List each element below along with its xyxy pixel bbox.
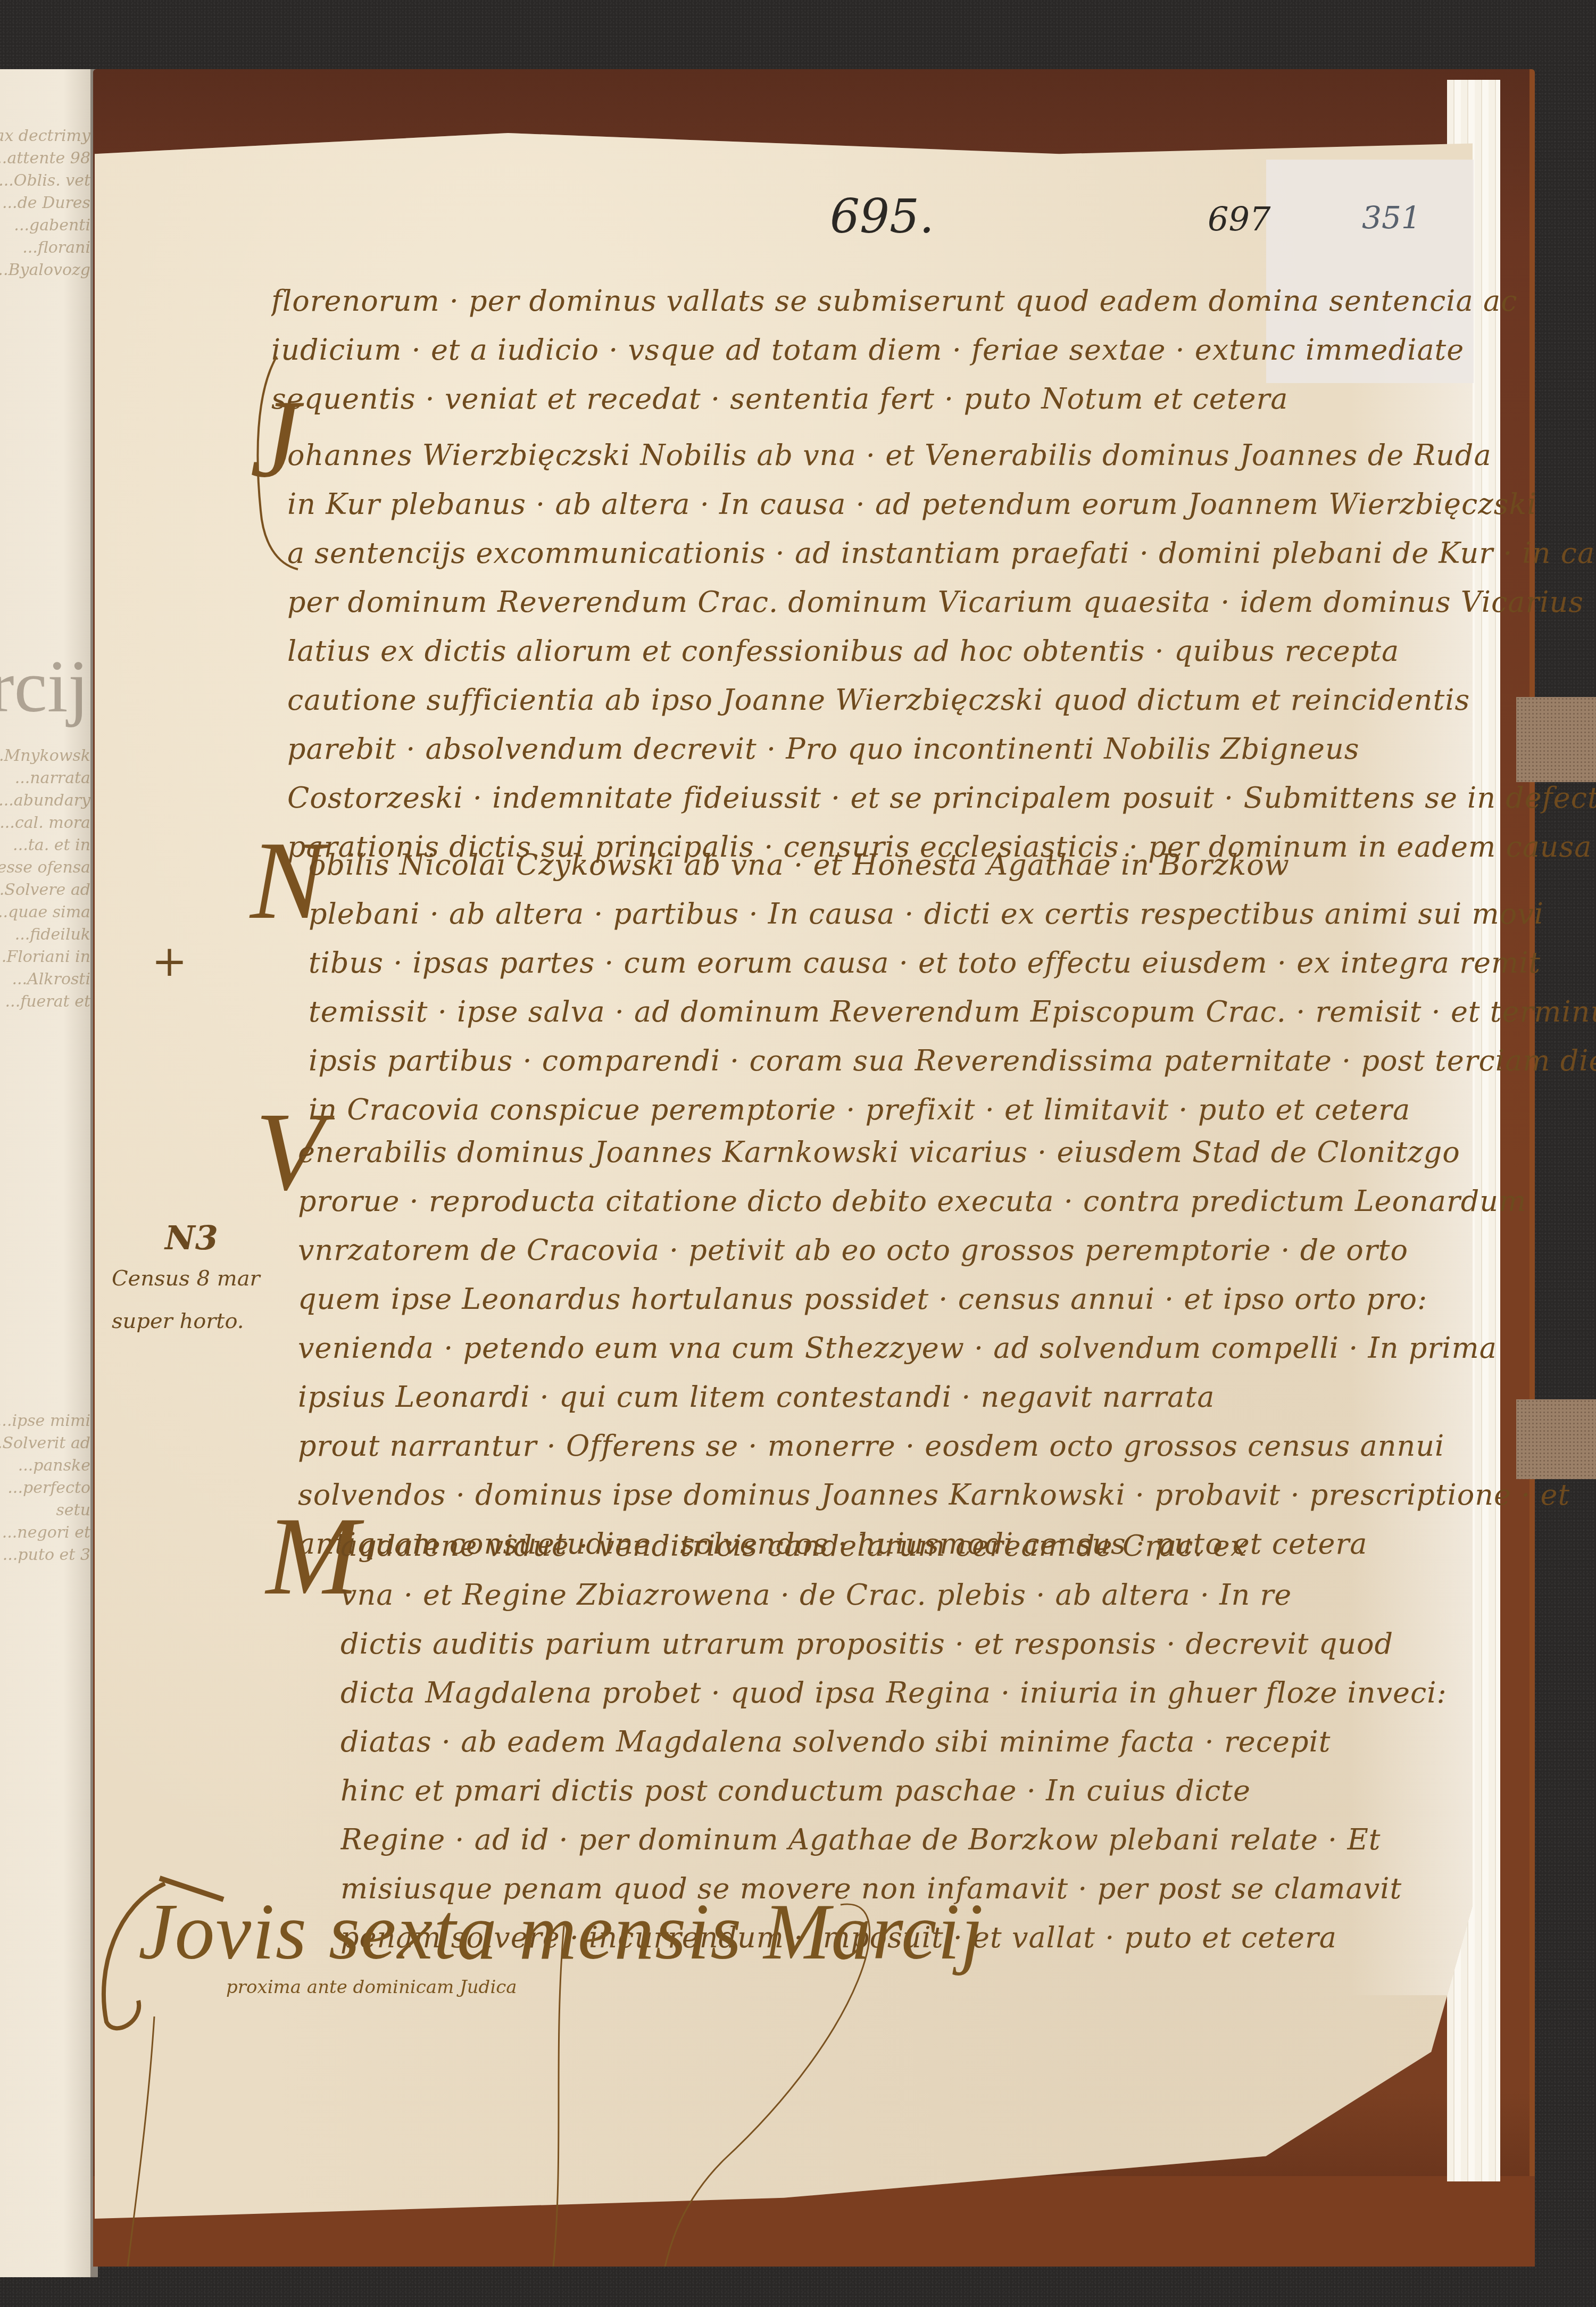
text-line: latius ex dictis aliorum et confessionib…: [287, 627, 1596, 676]
folio-number-secondary: 697: [1208, 200, 1270, 238]
text-line: Costorzeski · indemnitate fideiussit · e…: [287, 774, 1596, 823]
text-line: ipsis partibus · comparendi · coram sua …: [309, 1036, 1596, 1085]
entry-continuation: florenorum · per dominus vallats se subm…: [271, 277, 1517, 424]
text-line: diatas · ab eadem Magdalena solvendo sib…: [340, 1717, 1447, 1766]
section-subheading: proxima ante dominicam Judica: [226, 1977, 517, 1998]
margin-cross-mark: +: [152, 936, 187, 986]
text-line: cautione sufficientia ab ipso Joanne Wie…: [287, 676, 1596, 725]
text-line: ohannes Wierzbięczski Nobilis ab vna · e…: [287, 431, 1596, 480]
text-line: in Kur plebanus · ab altera · In causa ·…: [287, 480, 1596, 529]
text-line: hinc et pmari dictis post conductum pasc…: [340, 1766, 1447, 1815]
entry-nobilis: obilis Nicolai Czykowski ab vna · et Hon…: [309, 841, 1596, 1134]
facing-page-edge: ...ax dectrimy ...attente 98 ...Oblis. v…: [0, 69, 98, 2277]
facing-page-ghost-text-mid: ...Mnykowsk ...narrata ...abundary ...ca…: [0, 745, 90, 1013]
facing-page-ghost-text-top: ...ax dectrimy ...attente 98 ...Oblis. v…: [0, 125, 90, 281]
text-line: in Cracovia conspicue peremptorie · pref…: [309, 1085, 1596, 1134]
text-line: per dominum Reverendum Crac. dominum Vic…: [287, 578, 1596, 627]
text-line: dicta Magdalena probet · quod ipsa Regin…: [340, 1669, 1447, 1717]
text-line: solvendos · dominus ipse dominus Joannes…: [298, 1471, 1570, 1520]
text-line: sequentis · veniat et recedat · sententi…: [271, 375, 1517, 424]
text-line: prorue · reproducta citatione dicto debi…: [298, 1177, 1570, 1226]
text-line: plebani · ab altera · partibus · In caus…: [309, 890, 1596, 939]
text-line: agdalene vidue · venditricis candelarum …: [340, 1522, 1447, 1571]
text-line: Regine · ad id · per dominum Agathae de …: [340, 1815, 1447, 1864]
text-line: vna · et Regine Zbiazrowena · de Crac. p…: [340, 1571, 1447, 1620]
text-line: iudicium · et a iudicio · vsque ad totam…: [271, 326, 1517, 375]
text-line: obilis Nicolai Czykowski ab vna · et Hon…: [309, 841, 1596, 890]
text-line: dictis auditis parium utrarum propositis…: [340, 1620, 1447, 1669]
margin-note-line: super horto.: [112, 1309, 244, 1333]
folio-number-stamp: 351: [1362, 200, 1421, 236]
text-line: florenorum · per dominus vallats se subm…: [271, 277, 1517, 326]
text-line: prout narrantur · Offerens se · monerre …: [298, 1422, 1570, 1471]
text-line: enerabilis dominus Joannes Karnkowski vi…: [298, 1128, 1570, 1177]
text-line: ipsius Leonardi · qui cum litem contesta…: [298, 1373, 1570, 1422]
margin-note-number: N3: [165, 1218, 218, 1257]
folio-number-main: 695.: [830, 189, 934, 244]
text-line: venienda · petendo eum vna cum Sthezzyew…: [298, 1324, 1570, 1373]
entry-venerabilis: enerabilis dominus Joannes Karnkowski vi…: [298, 1128, 1570, 1569]
text-line: a sentencijs excommunicationis · ad inst…: [287, 529, 1596, 578]
text-line: tibus · ipsas partes · cum eorum causa ·…: [309, 939, 1596, 987]
entry-johannes: ohannes Wierzbięczski Nobilis ab vna · e…: [287, 431, 1596, 872]
facing-page-ghost-text-low: ...ipse mimi ...Solverit ad ...panske ..…: [0, 1410, 90, 1566]
facing-page-ghost-heading: rcij: [0, 644, 89, 729]
text-line: vnrzatorem de Cracovia · petivit ab eo o…: [298, 1226, 1570, 1275]
text-line: parebit · absolvendum decrevit · Pro quo…: [287, 725, 1596, 774]
text-line: quem ipse Leonardus hortulanus possidet …: [298, 1275, 1570, 1324]
text-line: temissit · ipse salva · ad dominum Rever…: [309, 987, 1596, 1036]
section-heading: Jovis sexta mensis Marcij: [138, 1886, 984, 1978]
margin-note-line: Census 8 mar: [112, 1266, 260, 1291]
